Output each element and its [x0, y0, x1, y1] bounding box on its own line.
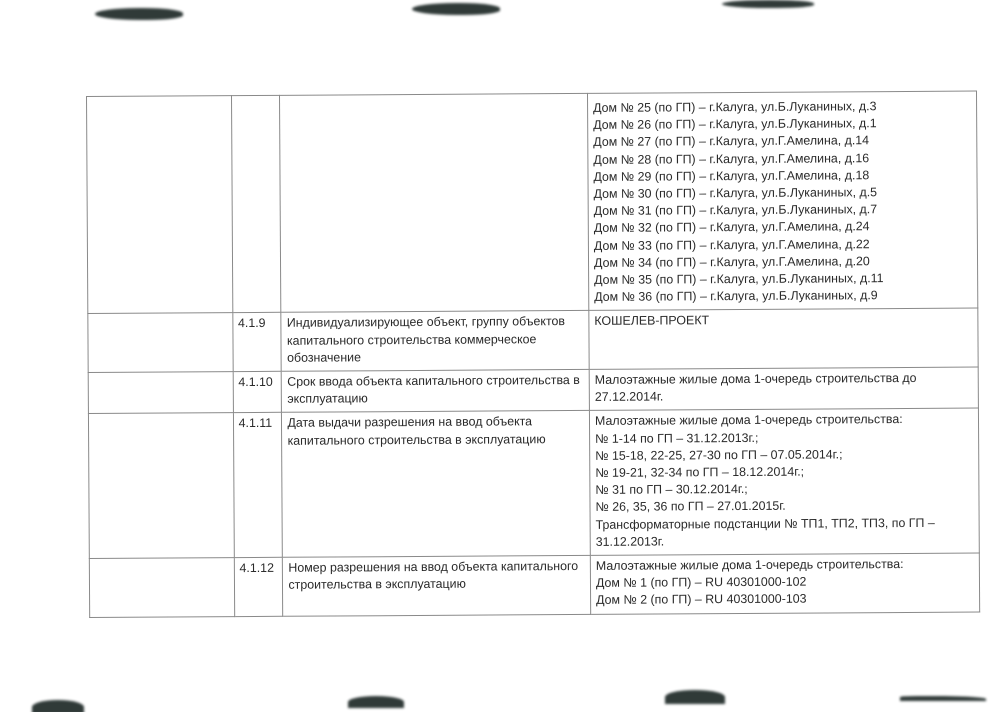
table-row-4-1-11: 4.1.11 Дата выдачи разрешения на ввод об…	[88, 409, 979, 559]
row-label: Номер разрешения на ввод объекта капитал…	[283, 556, 591, 616]
row-value: Малоэтажные жилые дома 1-очередь строите…	[589, 409, 979, 556]
blank-cell	[87, 96, 233, 314]
blank-cell	[88, 372, 233, 414]
address-line: Дом № 36 (по ГП) – г.Калуга, ул.Б.Лукани…	[594, 287, 971, 307]
row-label: Дата выдачи разрешения на ввод объекта к…	[282, 411, 590, 558]
row-number: 4.1.11	[233, 413, 283, 558]
row-value: Малоэтажные жилые дома 1-очередь строите…	[590, 553, 979, 614]
row-value: КОШЕЛЕВ-ПРОЕКТ	[589, 308, 978, 369]
row-label: Срок ввода объекта капитального строител…	[282, 369, 590, 412]
document-table: Дом № 25 (по ГП) – г.Калуга, ул.Б.Лукани…	[86, 91, 980, 618]
scan-smudge-bottom-4	[900, 696, 986, 701]
address-list: Дом № 25 (по ГП) – г.Калуга, ул.Б.Лукани…	[587, 91, 977, 311]
scan-smudge-top-1	[95, 8, 183, 20]
value-line: КОШЕЛЕВ-ПРОЕКТ	[594, 311, 971, 331]
number-cell	[231, 95, 281, 313]
scan-smudge-bottom-1	[32, 700, 84, 712]
scan-smudge-bottom-2	[348, 696, 404, 708]
label-cell	[280, 93, 589, 312]
blank-cell	[88, 413, 233, 559]
row-value: Малоэтажные жилые дома 1-очередь строите…	[589, 367, 978, 411]
table-row-4-1-12: 4.1.12 Номер разрешения на ввод объекта …	[89, 553, 979, 617]
row-label: Индивидуализирующее объект, группу объек…	[281, 311, 589, 371]
value-line: Дом № 2 (по ГП) – RU 40301000-103	[596, 590, 973, 610]
row-number: 4.1.12	[234, 557, 283, 616]
table-row-4-1-10: 4.1.10 Срок ввода объекта капитального с…	[88, 367, 978, 414]
blank-cell	[89, 558, 234, 617]
value-line: Трансформаторные подстанции № ТП1, ТП2, …	[596, 514, 973, 534]
row-number: 4.1.10	[233, 371, 282, 413]
value-line: 27.12.2014г.	[595, 387, 972, 407]
table-row-addresses: Дом № 25 (по ГП) – г.Калуга, ул.Б.Лукани…	[87, 91, 978, 314]
value-line: 31.12.2013г.	[596, 531, 973, 551]
row-number: 4.1.9	[232, 313, 281, 372]
scan-smudge-bottom-3	[665, 690, 725, 704]
scan-smudge-top-2	[412, 3, 500, 15]
value-line: Малоэтажные жилые дома 1-очередь строите…	[595, 370, 972, 390]
scan-smudge-top-3	[722, 0, 814, 8]
blank-cell	[88, 313, 233, 372]
table-row-4-1-9: 4.1.9 Индивидуализирующее объект, группу…	[88, 308, 978, 372]
